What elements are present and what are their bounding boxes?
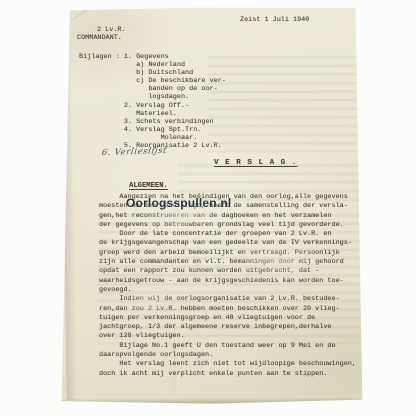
paper-edge-shading xyxy=(61,8,76,400)
section-heading: ALGEMEEN. xyxy=(129,182,168,190)
attachments-list: Bijlagen : 1. Gegevens a) Nederland b) D… xyxy=(79,53,226,150)
date-line: Zeist 1 Juli 1940 xyxy=(240,16,309,24)
document-title: V E R S L A G . xyxy=(214,159,297,167)
report-body-text: Aangezien na het beëindigen van den oorl… xyxy=(99,193,356,379)
ink-bleed-through xyxy=(208,56,358,152)
paper-crease xyxy=(62,0,114,27)
addressee-line: COMMANDANT. xyxy=(77,34,122,42)
photo-of-document: Zeist 1 Juli 1940 2 Lv.R. COMMANDANT. Bi… xyxy=(0,0,416,416)
unit-designation: 2 Lv.R. xyxy=(97,26,126,34)
handwritten-attachment-item: 6. Verlieslijst xyxy=(101,146,168,158)
paper-bottom-edge xyxy=(60,397,364,405)
watermark-text: Oorlogsspullen.nl xyxy=(126,196,231,210)
